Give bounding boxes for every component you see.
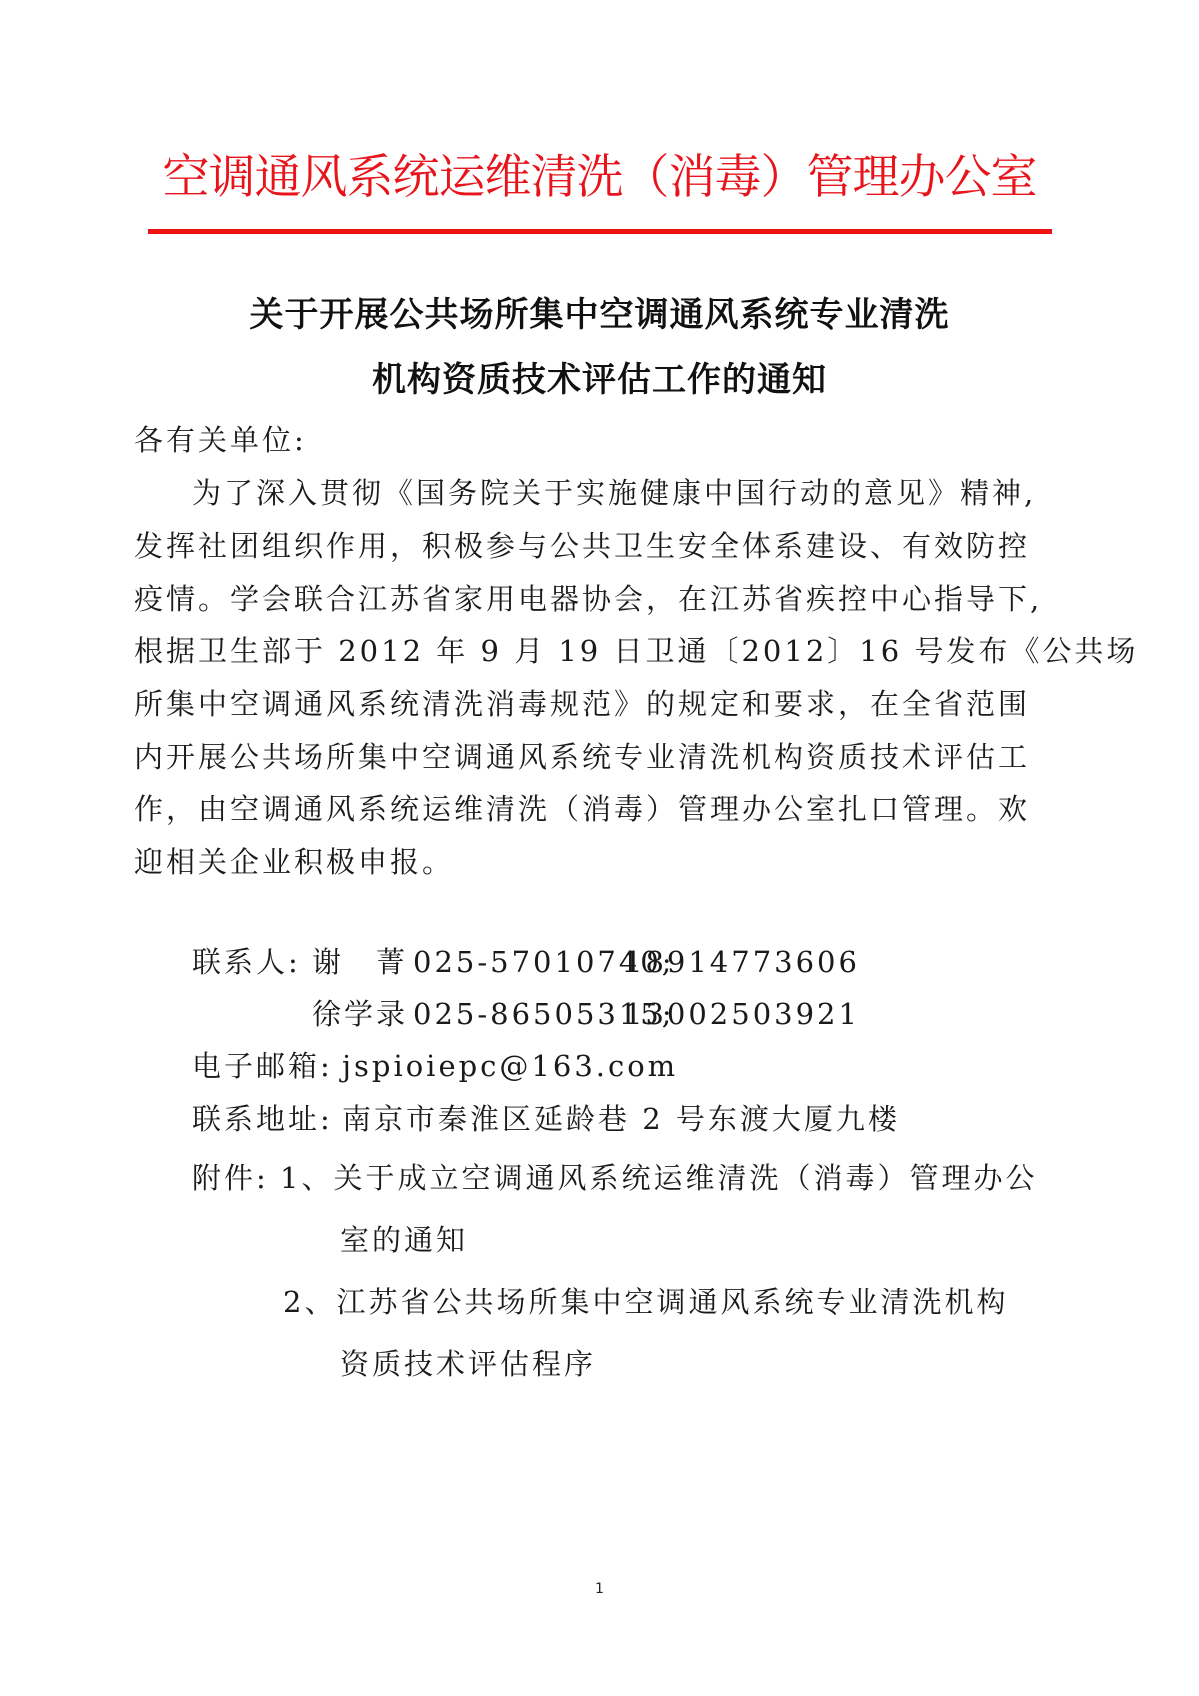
address-label: 联系地址: — [192, 1100, 333, 1138]
body-line-2: 发挥社团组织作用，积极参与公共卫生安全体系建设、有效防控 — [134, 527, 1030, 565]
document-title-line-2: 机构资质技术评估工作的通知 — [0, 358, 1199, 402]
address-value: 南京市秦淮区延龄巷 2 号东渡大厦九楼 — [342, 1100, 900, 1138]
attachment-1-line-2: 室的通知 — [340, 1221, 468, 1259]
body-line-5: 所集中空调通风系统清洗消毒规范》的规定和要求，在全省范围 — [134, 685, 1030, 723]
contact-1-mobile: 18914773606 — [624, 943, 860, 981]
salutation: 各有关单位: — [134, 421, 307, 459]
email-label: 电子邮箱: — [192, 1047, 333, 1085]
attachments-label: 附件: — [192, 1159, 269, 1197]
contact-label: 联系人: — [192, 943, 301, 981]
body-line-7: 作，由空调通风系统运维清洗（消毒）管理办公室扎口管理。欢 — [134, 790, 1030, 828]
body-line-1: 为了深入贯彻《国务院关于实施健康中国行动的意见》精神, — [192, 474, 1036, 512]
contact-2-name: 徐学录 — [312, 995, 408, 1033]
attachment-2-line-2: 资质技术评估程序 — [340, 1345, 596, 1383]
attachment-2-line-1: 2、江苏省公共场所集中空调通风系统专业清洗机构 — [283, 1283, 1008, 1321]
page-number: 1 — [0, 1581, 1199, 1597]
attachment-1-line-1: 1、关于成立空调通风系统运维清洗（消毒）管理办公 — [280, 1159, 1037, 1197]
contact-2-mobile: 13002503921 — [624, 995, 860, 1033]
body-line-3: 疫情。学会联合江苏省家用电器协会，在江苏省疾控中心指导下, — [134, 580, 1042, 618]
organization-letterhead: 空调通风系统运维清洗（消毒）管理办公室 — [0, 148, 1199, 208]
body-line-6: 内开展公共场所集中空调通风系统专业清洗机构资质技术评估工 — [134, 738, 1030, 776]
letterhead-red-rule — [148, 229, 1052, 234]
contact-1-name: 谢 菁 — [312, 943, 408, 981]
document-title-line-1: 关于开展公共场所集中空调通风系统专业清洗 — [0, 293, 1199, 337]
body-line-8: 迎相关企业积极申报。 — [134, 843, 454, 881]
email-address[interactable]: jspioiepc@163.com — [342, 1047, 678, 1085]
body-line-4: 根据卫生部于 2012 年 9 月 19 日卫通〔2012〕16 号发布《公共场 — [134, 632, 1138, 670]
